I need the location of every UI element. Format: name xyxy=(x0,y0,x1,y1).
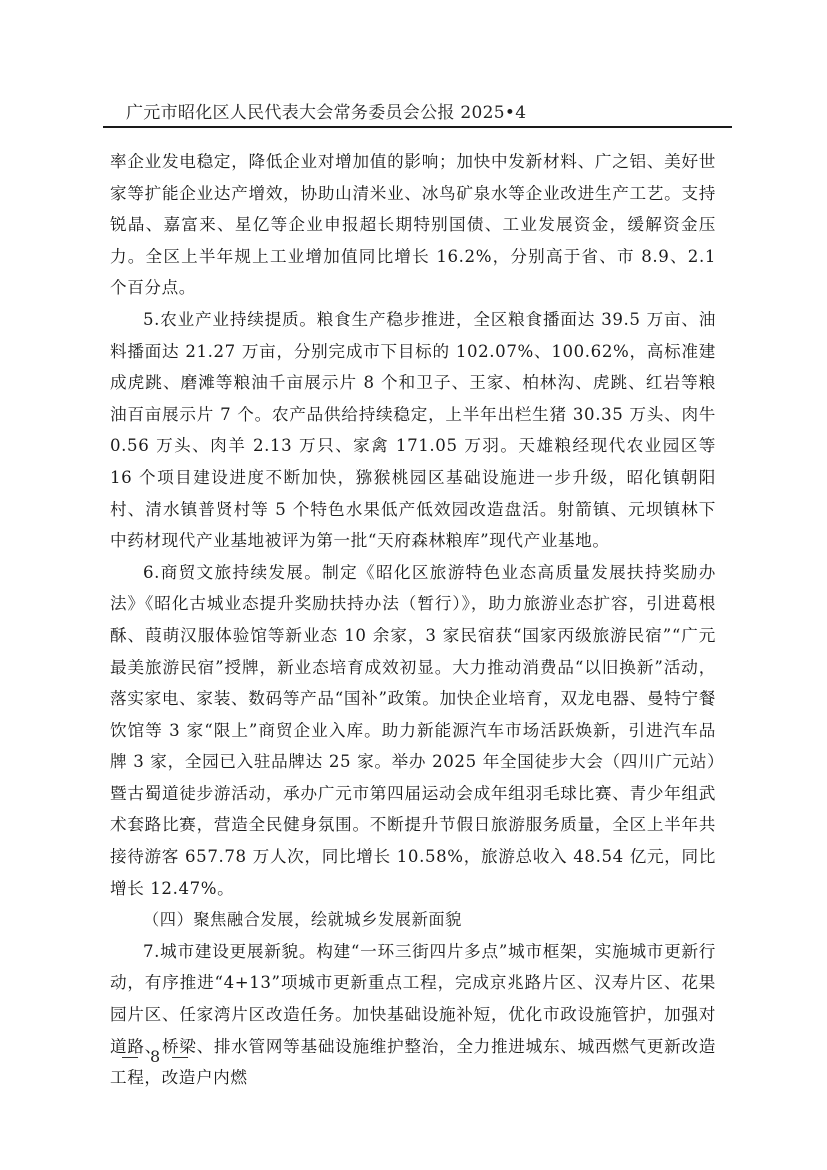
paragraph-agriculture: 5.农业产业持续提质。粮食生产稳步推进，全区粮食播面达 39.5 万亩、油料播面… xyxy=(110,304,716,557)
page-footer: 8 xyxy=(122,1047,188,1067)
bulletin-title: 广元市昭化区人民代表大会常务委员会公报 2025•4 xyxy=(126,103,526,123)
paragraph-industry-continued: 率企业发电稳定，降低企业对增加值的影响；加快中发新材料、广之铝、美好世家等扩能企… xyxy=(110,146,716,304)
page-number: 8 xyxy=(150,1047,160,1067)
section-heading: （四）聚焦融合发展，绘就城乡发展新面貌 xyxy=(110,904,716,936)
dash-left xyxy=(122,1057,138,1058)
paragraph-urban-construction: 7.城市建设更展新貌。构建“一环三街四片多点”城市框架，实施城市更新行动，有序推… xyxy=(110,936,716,1094)
document-body: 率企业发电稳定，降低企业对增加值的影响；加快中发新材料、广之铝、美好世家等扩能企… xyxy=(110,146,716,1094)
paragraph-commerce-tourism: 6.商贸文旅持续发展。制定《昭化区旅游特色业态高质量发展扶持奖励办法》《昭化古城… xyxy=(110,557,716,905)
header-divider xyxy=(103,126,732,128)
dash-right xyxy=(172,1057,188,1058)
